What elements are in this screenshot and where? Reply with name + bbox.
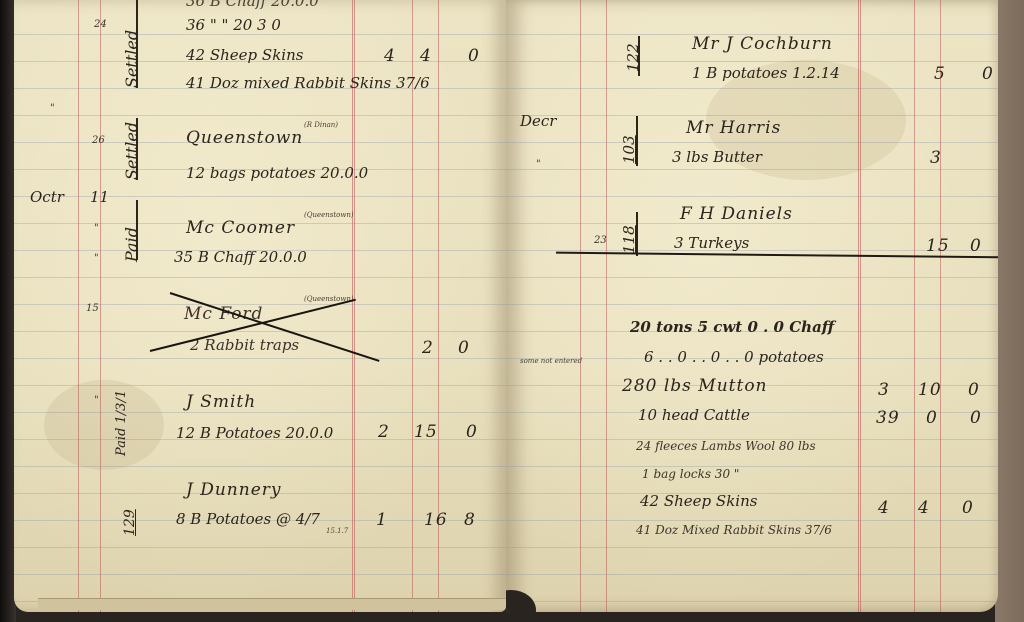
bracket [136,118,138,180]
paid-note: Paid [122,227,141,262]
amount-pounds: 39 [876,410,900,427]
ditto-mark: " [536,160,541,170]
summary-line: 1 bag locks 30 " [642,468,739,480]
amount-pounds: 4 [384,48,396,65]
bracket [638,36,640,76]
amount-pence: 0 [968,382,980,399]
entry-line: 42 Sheep Skins [186,48,303,63]
entry-line: 8 B Potatoes @ 4/7 [176,512,320,527]
date-23: 23 [594,236,607,246]
date-24: 24 [94,20,107,30]
entry-line: 36 " " 20 3 0 [186,18,281,33]
amount-pence: 0 [962,500,974,517]
entry-line: 12 bags potatoes 20.0.0 [186,166,368,181]
month-label: Decr [520,114,556,129]
amount-pence: 0 [468,48,480,65]
bracket [136,0,138,88]
folio-number: 129 [122,509,138,536]
bracket [636,116,638,166]
amount-pence: 0 [970,238,982,255]
amount-pounds: 1 [376,512,388,529]
amount-shillings: 4 [918,500,930,517]
amount-shillings: 5 [934,66,946,83]
entry-line: 3 Turkeys [674,236,749,251]
entry-line: 41 Doz mixed Rabbit Skins 37/6 [186,76,430,91]
customer-name: F H Daniels [680,206,793,223]
amount-shillings: 15 [414,424,438,441]
bracket [136,200,138,260]
date-26: 26 [92,136,105,146]
month-label: Octr [30,190,64,205]
customer-name: Mr Harris [686,120,781,137]
amount-pounds: 4 [878,500,890,517]
entry-line: 12 B Potatoes 20.0.0 [176,426,333,441]
right-page: 122 Decr " 103 118 23 some not entered M… [506,0,998,612]
summary-line: 20 tons 5 cwt 0 . 0 Chaff [630,320,834,335]
ditto-mark: " [94,396,99,406]
entry-line: 35 B Chaff 20.0.0 [174,250,307,265]
amount-pence: 0 [982,66,994,83]
paper-stain [44,380,164,470]
summary-line: 280 lbs Mutton [622,378,768,395]
entry-partial: 36 B Chaff 20.0.0 [186,0,319,9]
ditto-mark: " [94,254,99,264]
some-not-entered-note: some not entered [520,358,582,365]
amount-shillings: 16 [424,512,448,529]
amount-pence: 0 [458,340,470,357]
entry-subnote: 15.1.7 [326,528,348,535]
left-page: Settled Settled Paid Paid 1/3/1 129 24 "… [14,0,506,612]
customer-name: J Smith [186,394,256,411]
ditto-mark: " [94,224,99,234]
amount-shillings: 10 [918,382,942,399]
summary-line: 6 . . 0 . . 0 . . 0 potatoes [644,350,824,365]
entry-line: 3 lbs Butter [672,150,762,165]
amount-pence: 0 [970,410,982,427]
folio-column-rule [606,0,607,612]
folio-column-rule [100,0,101,612]
customer-name: Mc Coomer [186,220,295,237]
pence-column-rule [940,0,941,612]
date-column-rule [580,0,581,612]
customer-note: (Queenstown) [304,212,354,219]
amount-pounds: 3 [878,382,890,399]
date-column-rule [78,0,79,612]
summary-line: 10 head Cattle [638,408,750,423]
amount-shillings: 0 [926,410,938,427]
amount-shillings: 4 [420,48,432,65]
settled-note: Settled [122,122,141,180]
customer-note: (R Dinan) [304,122,338,129]
summary-line: 24 fleeces Lambs Wool 80 lbs [636,440,816,452]
amount-shillings: 15 [926,238,950,255]
page-edge [38,598,506,610]
bracket [636,212,638,256]
amount-shillings: 2 [422,340,434,357]
customer-name: J Dunnery [186,482,282,499]
amount-pence: 0 [466,424,478,441]
amount-pence: 8 [464,512,476,529]
date-15: 15 [86,304,99,314]
summary-line: 42 Sheep Skins [640,494,757,509]
settled-note: Settled [122,30,141,88]
entry-line: 1 B potatoes 1.2.14 [692,66,840,81]
customer-name: Queenstown [186,130,303,147]
ditto-mark: " [50,104,55,114]
customer-name: Mr J Cochburn [692,36,833,53]
book-cover-right [995,0,1024,622]
date-11: 11 [90,190,109,205]
ledger-photo: Settled Settled Paid Paid 1/3/1 129 24 "… [0,0,1024,622]
shillings-column-rule [914,0,915,612]
amount-shillings: 3 [930,150,942,167]
struck-entry-line: 2 Rabbit traps [190,338,299,353]
paid-note: Paid 1/3/1 [114,390,129,456]
amount-pounds: 2 [378,424,390,441]
summary-line: 41 Doz Mixed Rabbit Skins 37/6 [636,524,832,536]
